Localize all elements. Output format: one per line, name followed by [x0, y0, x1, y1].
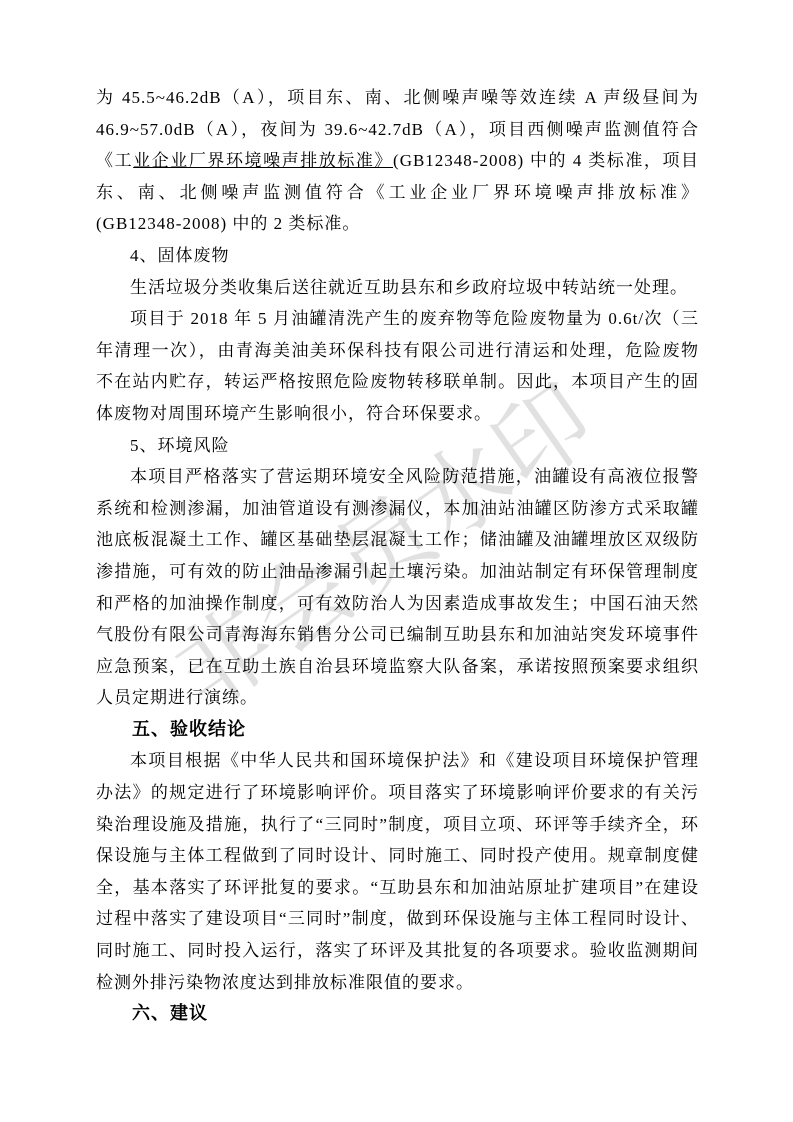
paragraph-conclusion-body: 本项目根据《中华人民共和国环境保护法》和《建设项目环境保护管理办法》的规定进行了…: [96, 745, 699, 998]
paragraph-noise-monitoring: 为 45.5~46.2dB（A），项目东、南、北侧噪声噪等效连续 A 声级昼间为…: [96, 82, 699, 240]
document-content: 为 45.5~46.2dB（A），项目东、南、北侧噪声噪等效连续 A 声级昼间为…: [96, 82, 699, 1030]
underlined-standard-title: 业企业厂界环境噪声排放标准》: [133, 151, 393, 170]
subheading-solid-waste: 4、固体废物: [96, 240, 699, 272]
paragraph-risk-prevention: 本项目严格落实了营运期环境安全风险防范措施，油罐设有高液位报警系统和检测渗漏，加…: [96, 461, 699, 714]
paragraph-hazardous-waste: 项目于 2018 年 5 月油罐清洗产生的废弃物等危险废物量为 0.6t/次（三…: [96, 303, 699, 429]
heading-suggestions: 六、建议: [96, 998, 699, 1030]
subheading-environmental-risk: 5、环境风险: [96, 430, 699, 462]
document-page: 非会员水印 为 45.5~46.2dB（A），项目东、南、北侧噪声噪等效连续 A…: [0, 0, 793, 1122]
paragraph-domestic-garbage: 生活垃圾分类收集后送往就近互助县东和乡政府垃圾中转站统一处理。: [96, 272, 699, 304]
heading-acceptance-conclusion: 五、验收结论: [96, 714, 699, 746]
